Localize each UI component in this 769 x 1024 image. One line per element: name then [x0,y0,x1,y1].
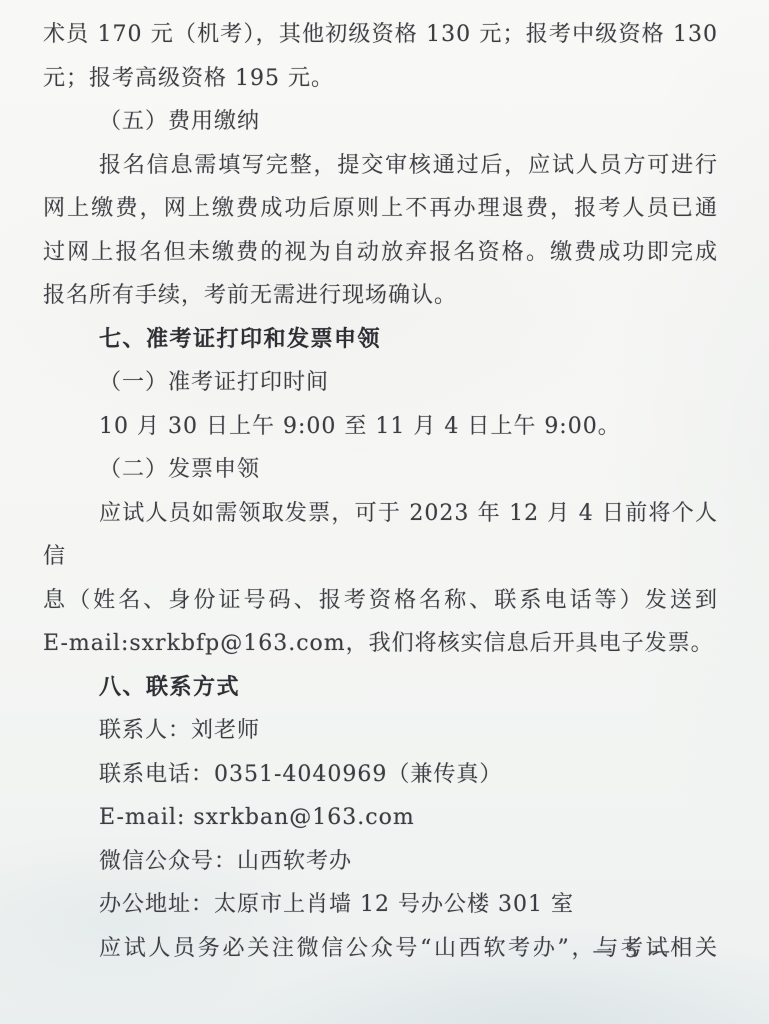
wechat-account-line: 微信公众号：山西软考办 [43,840,718,884]
contact-phone-line: 联系电话：0351-4040969（兼传真） [43,753,718,797]
document-page: 术员 170 元（机考），其他初级资格 130 元；报考中级资格 130 元；报… [0,0,769,1024]
text-line: 报名所有手续，考前无需进行现场确认。 [43,274,718,318]
page-number: — 5 — [593,938,673,962]
subsection-heading: （五）费用缴纳 [43,100,718,144]
text-line: 应试人员如需领取发票，可于 2023 年 12 月 4 日前将个人信 [43,492,718,579]
contact-person-line: 联系人：刘老师 [43,709,718,753]
contact-email-line: E-mail: sxrkban@163.com [43,796,718,840]
text-line: 过网上报名但未缴费的视为自动放弃报名资格。缴费成功即完成 [43,231,718,275]
text-line: 息（姓名、身份证号码、报考资格名称、联系电话等）发送到 [43,579,718,623]
section-heading: 八、联系方式 [43,666,718,710]
text-line: 10 月 30 日上午 9:00 至 11 月 4 日上午 9:00。 [43,405,718,449]
section-heading: 七、准考证打印和发票申领 [43,318,718,362]
subsection-heading: （二）发票申领 [43,448,718,492]
office-address-line: 办公地址：太原市上肖墙 12 号办公楼 301 室 [43,883,718,927]
subsection-heading: （一）准考证打印时间 [43,361,718,405]
text-line: 报名信息需填写完整，提交审核通过后，应试人员方可进行 [43,144,718,188]
text-line: 元；报考高级资格 195 元。 [43,57,718,101]
text-line: E-mail:sxrkbfp@163.com，我们将核实信息后开具电子发票。 [43,622,718,666]
document-body: 术员 170 元（机考），其他初级资格 130 元；报考中级资格 130 元；报… [43,13,718,970]
text-line: 术员 170 元（机考），其他初级资格 130 元；报考中级资格 130 [43,13,718,57]
text-line: 网上缴费，网上缴费成功后原则上不再办理退费，报考人员已通 [43,187,718,231]
